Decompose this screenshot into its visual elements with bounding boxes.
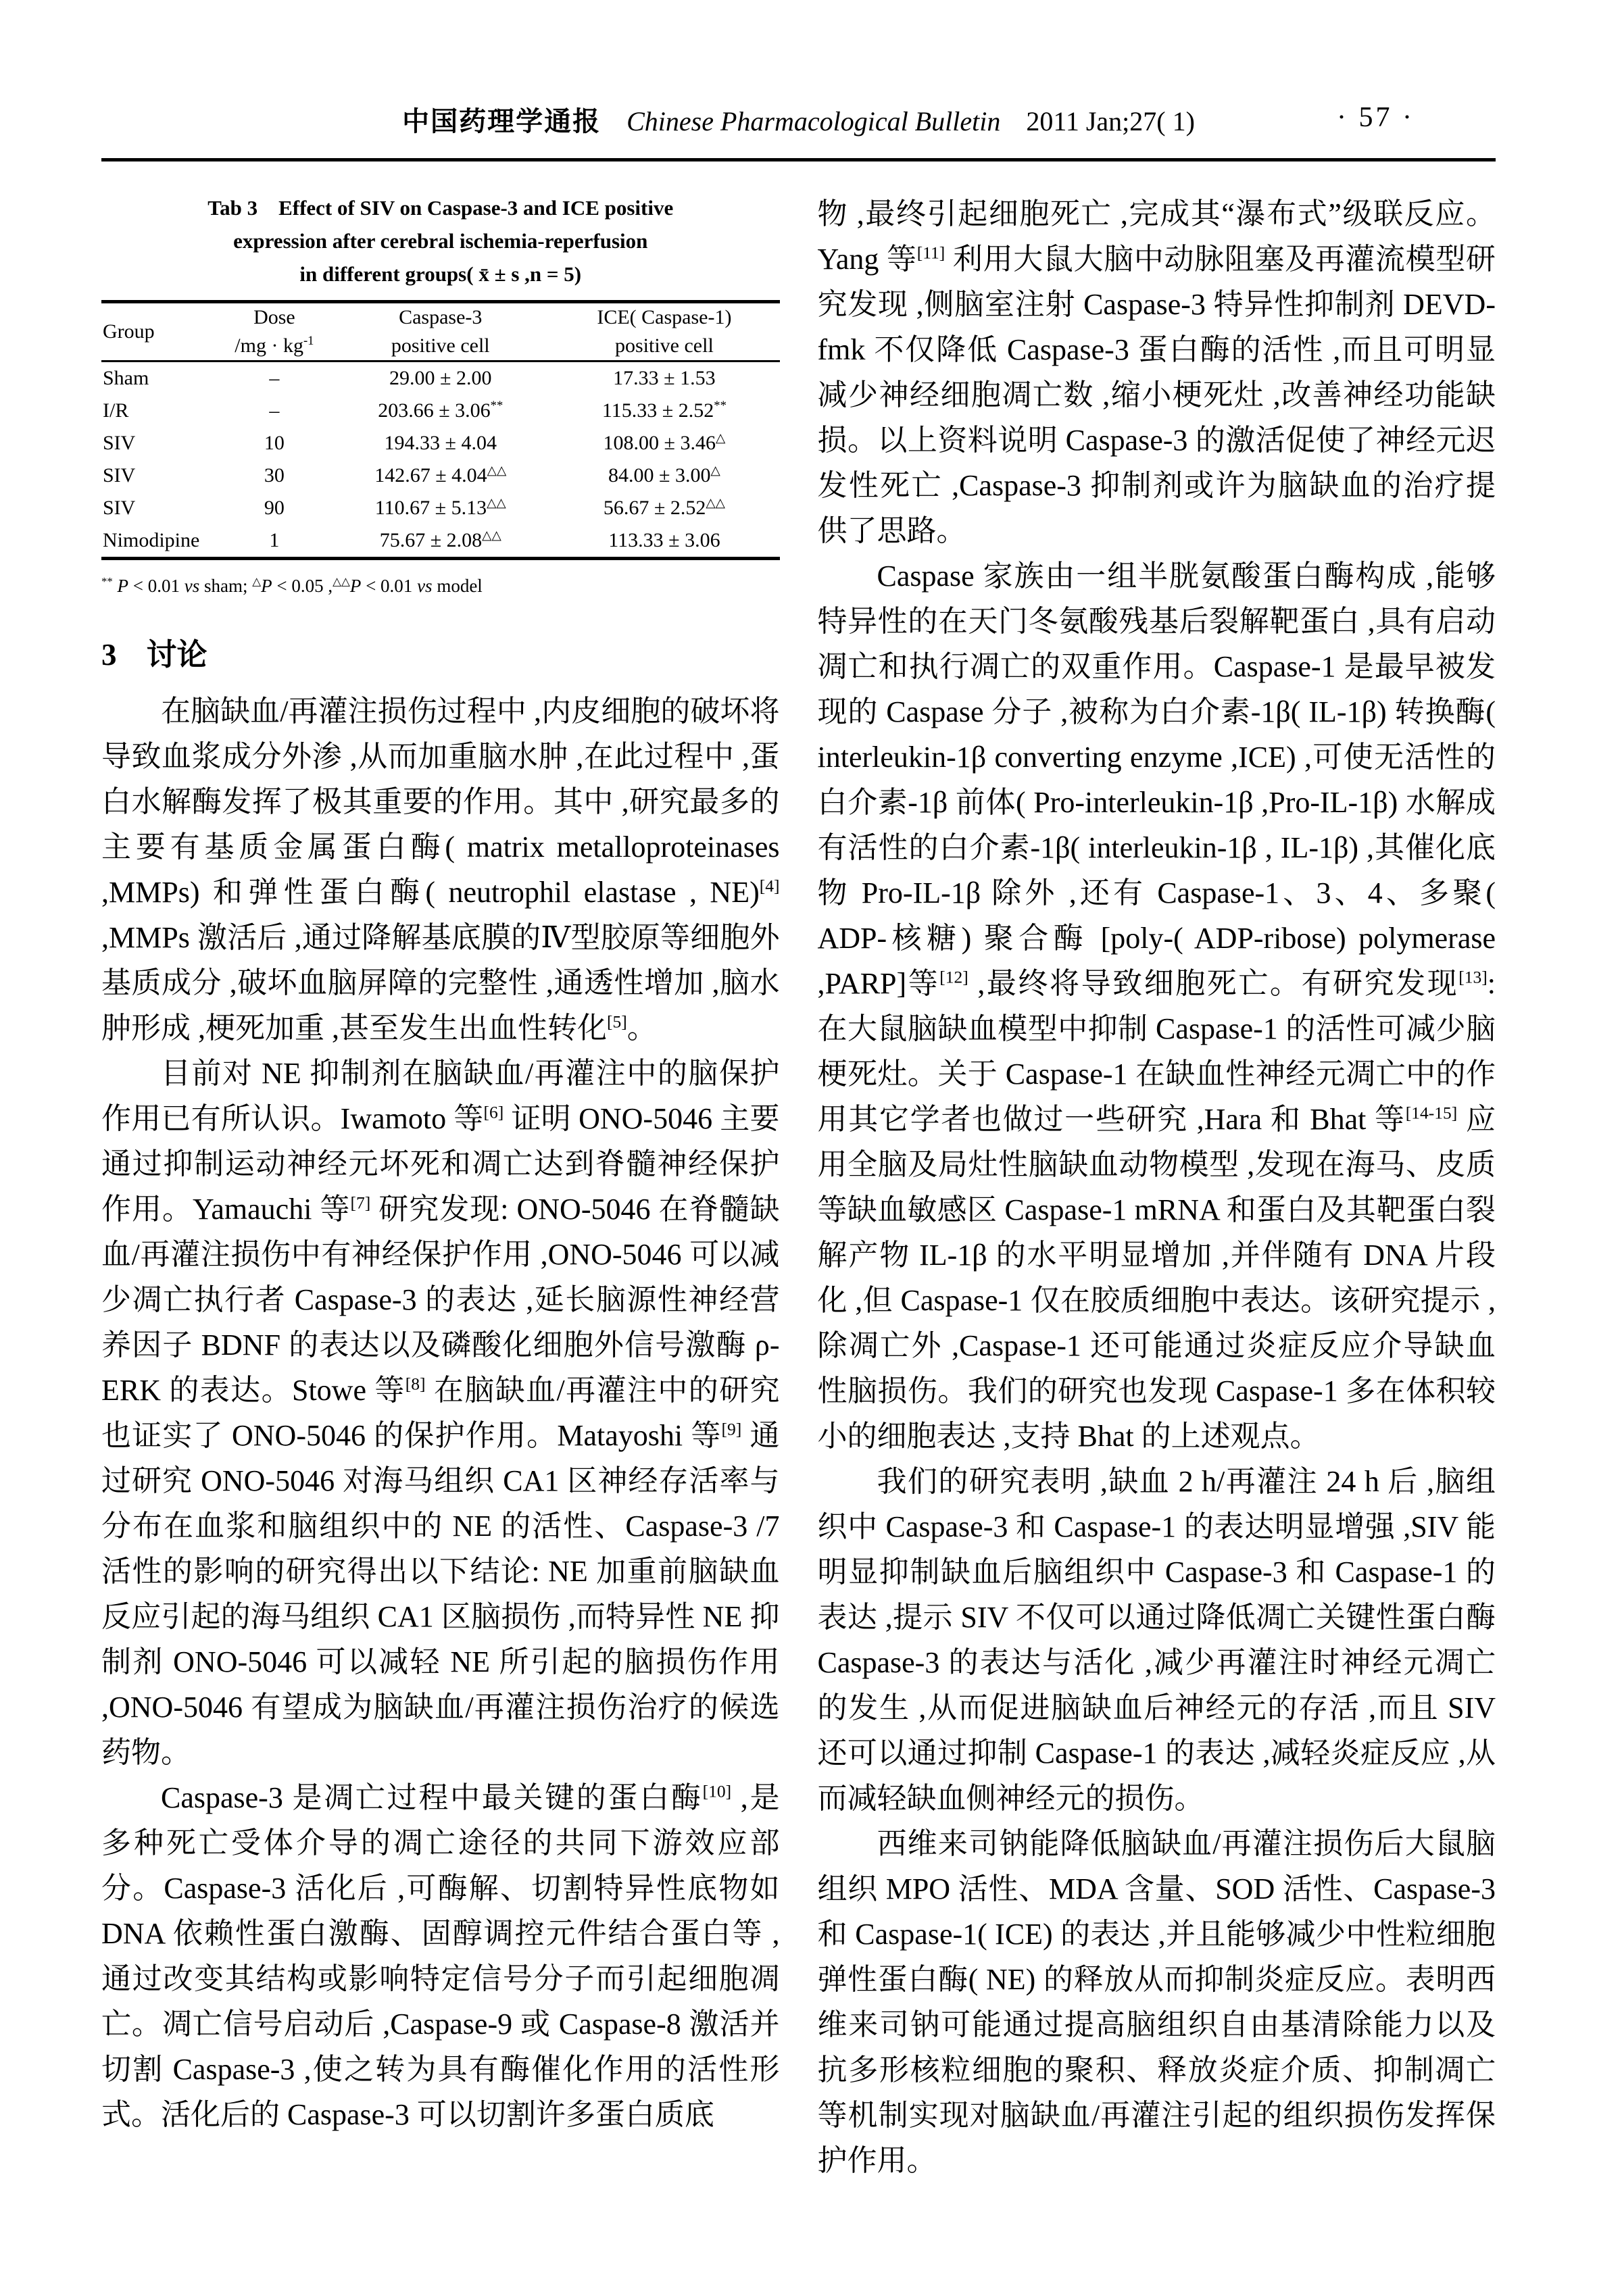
page-number: · 57 · bbox=[1337, 101, 1415, 134]
col-header-ice-sub: positive cell bbox=[549, 332, 779, 361]
col-header-group: Group bbox=[101, 302, 217, 361]
table-row: SIV 10 194.33 ± 4.04 108.00 ± 3.46△ bbox=[101, 427, 780, 459]
col-header-dose: Dose bbox=[217, 302, 333, 332]
paragraph: 目前对 NE 抑制剂在脑缺血/再灌注中的脑保护作用已有所认识。Iwamoto 等… bbox=[101, 1051, 780, 1775]
journal-title-en: Chinese Pharmacological Bulletin bbox=[626, 106, 1000, 136]
journal-header: 中国药理学通报 Chinese Pharmacological Bulletin… bbox=[101, 100, 1496, 139]
table-caption-line3: in different groups( x̄ ± s ,n = 5) bbox=[101, 257, 780, 291]
col-header-caspase3-sub: positive cell bbox=[332, 332, 549, 361]
table-row: SIV 30 142.67 ± 4.04△△ 84.00 ± 3.00△ bbox=[101, 459, 780, 492]
section-title: 讨论 bbox=[147, 638, 207, 672]
table-row: Nimodipine 1 75.67 ± 2.08△△ 113.33 ± 3.0… bbox=[101, 524, 780, 559]
col-header-ice: ICE( Caspase-1) bbox=[549, 302, 779, 332]
paragraph: 我们的研究表明 ,缺血 2 h/再灌注 24 h 后 ,脑组织中 Caspase… bbox=[818, 1459, 1496, 1821]
col-header-dose-unit: /mg · kg-1 bbox=[217, 332, 333, 361]
table-row: SIV 90 110.67 ± 5.13△△ 56.67 ± 2.52△△ bbox=[101, 492, 780, 524]
journal-title-cn: 中国药理学通报 bbox=[402, 106, 601, 136]
col-header-caspase3: Caspase-3 bbox=[332, 302, 549, 332]
table-footnote: ** P < 0.01 vs sham; △P < 0.05 ,△△P < 0.… bbox=[101, 572, 780, 599]
table-row: I/R – 203.66 ± 3.06** 115.33 ± 2.52** bbox=[101, 395, 780, 427]
two-column-body: Tab 3 Effect of SIV on Caspase-3 and ICE… bbox=[101, 191, 1496, 2183]
table-row: Sham – 29.00 ± 2.00 17.33 ± 1.53 bbox=[101, 361, 780, 395]
section-number: 3 bbox=[101, 638, 117, 672]
paragraph: Caspase-3 是凋亡过程中最关键的蛋白酶[10] ,是多种死亡受体介导的凋… bbox=[101, 1775, 780, 2137]
journal-page: 中国药理学通报 Chinese Pharmacological Bulletin… bbox=[0, 0, 1597, 2296]
results-table-body: Sham – 29.00 ± 2.00 17.33 ± 1.53 I/R – 2… bbox=[101, 361, 780, 559]
journal-issue: 2011 Jan;27( 1) bbox=[1026, 106, 1195, 136]
right-column: 物 ,最终引起细胞死亡 ,完成其“瀑布式”级联反应。Yang 等[11] 利用大… bbox=[818, 191, 1496, 2183]
left-column: Tab 3 Effect of SIV on Caspase-3 and ICE… bbox=[101, 191, 780, 2183]
page-header: 中国药理学通报 Chinese Pharmacological Bulletin… bbox=[101, 100, 1496, 147]
paragraph: 物 ,最终引起细胞死亡 ,完成其“瀑布式”级联反应。Yang 等[11] 利用大… bbox=[818, 191, 1496, 553]
table-caption-line2: expression after cerebral ischemia-reper… bbox=[101, 224, 780, 257]
paragraph: Caspase 家族由一组半胱氨酸蛋白酶构成 ,能够特异性的在天门冬氨酸残基后裂… bbox=[818, 553, 1496, 1459]
paragraph: 西维来司钠能降低脑缺血/再灌注损伤后大鼠脑组织 MPO 活性、MDA 含量、SO… bbox=[818, 1821, 1496, 2183]
results-table-header: Group Dose Caspase-3 ICE( Caspase-1) /mg… bbox=[101, 302, 780, 361]
table-caption: Tab 3 Effect of SIV on Caspase-3 and ICE… bbox=[101, 191, 780, 291]
section-heading: 3讨论 bbox=[101, 634, 780, 675]
table-caption-line1: Tab 3 Effect of SIV on Caspase-3 and ICE… bbox=[101, 191, 780, 224]
header-rule bbox=[101, 158, 1496, 161]
results-table: Group Dose Caspase-3 ICE( Caspase-1) /mg… bbox=[101, 300, 780, 560]
paragraph: 在脑缺血/再灌注损伤过程中 ,内皮细胞的破坏将导致血浆成分外渗 ,从而加重脑水肿… bbox=[101, 689, 780, 1051]
